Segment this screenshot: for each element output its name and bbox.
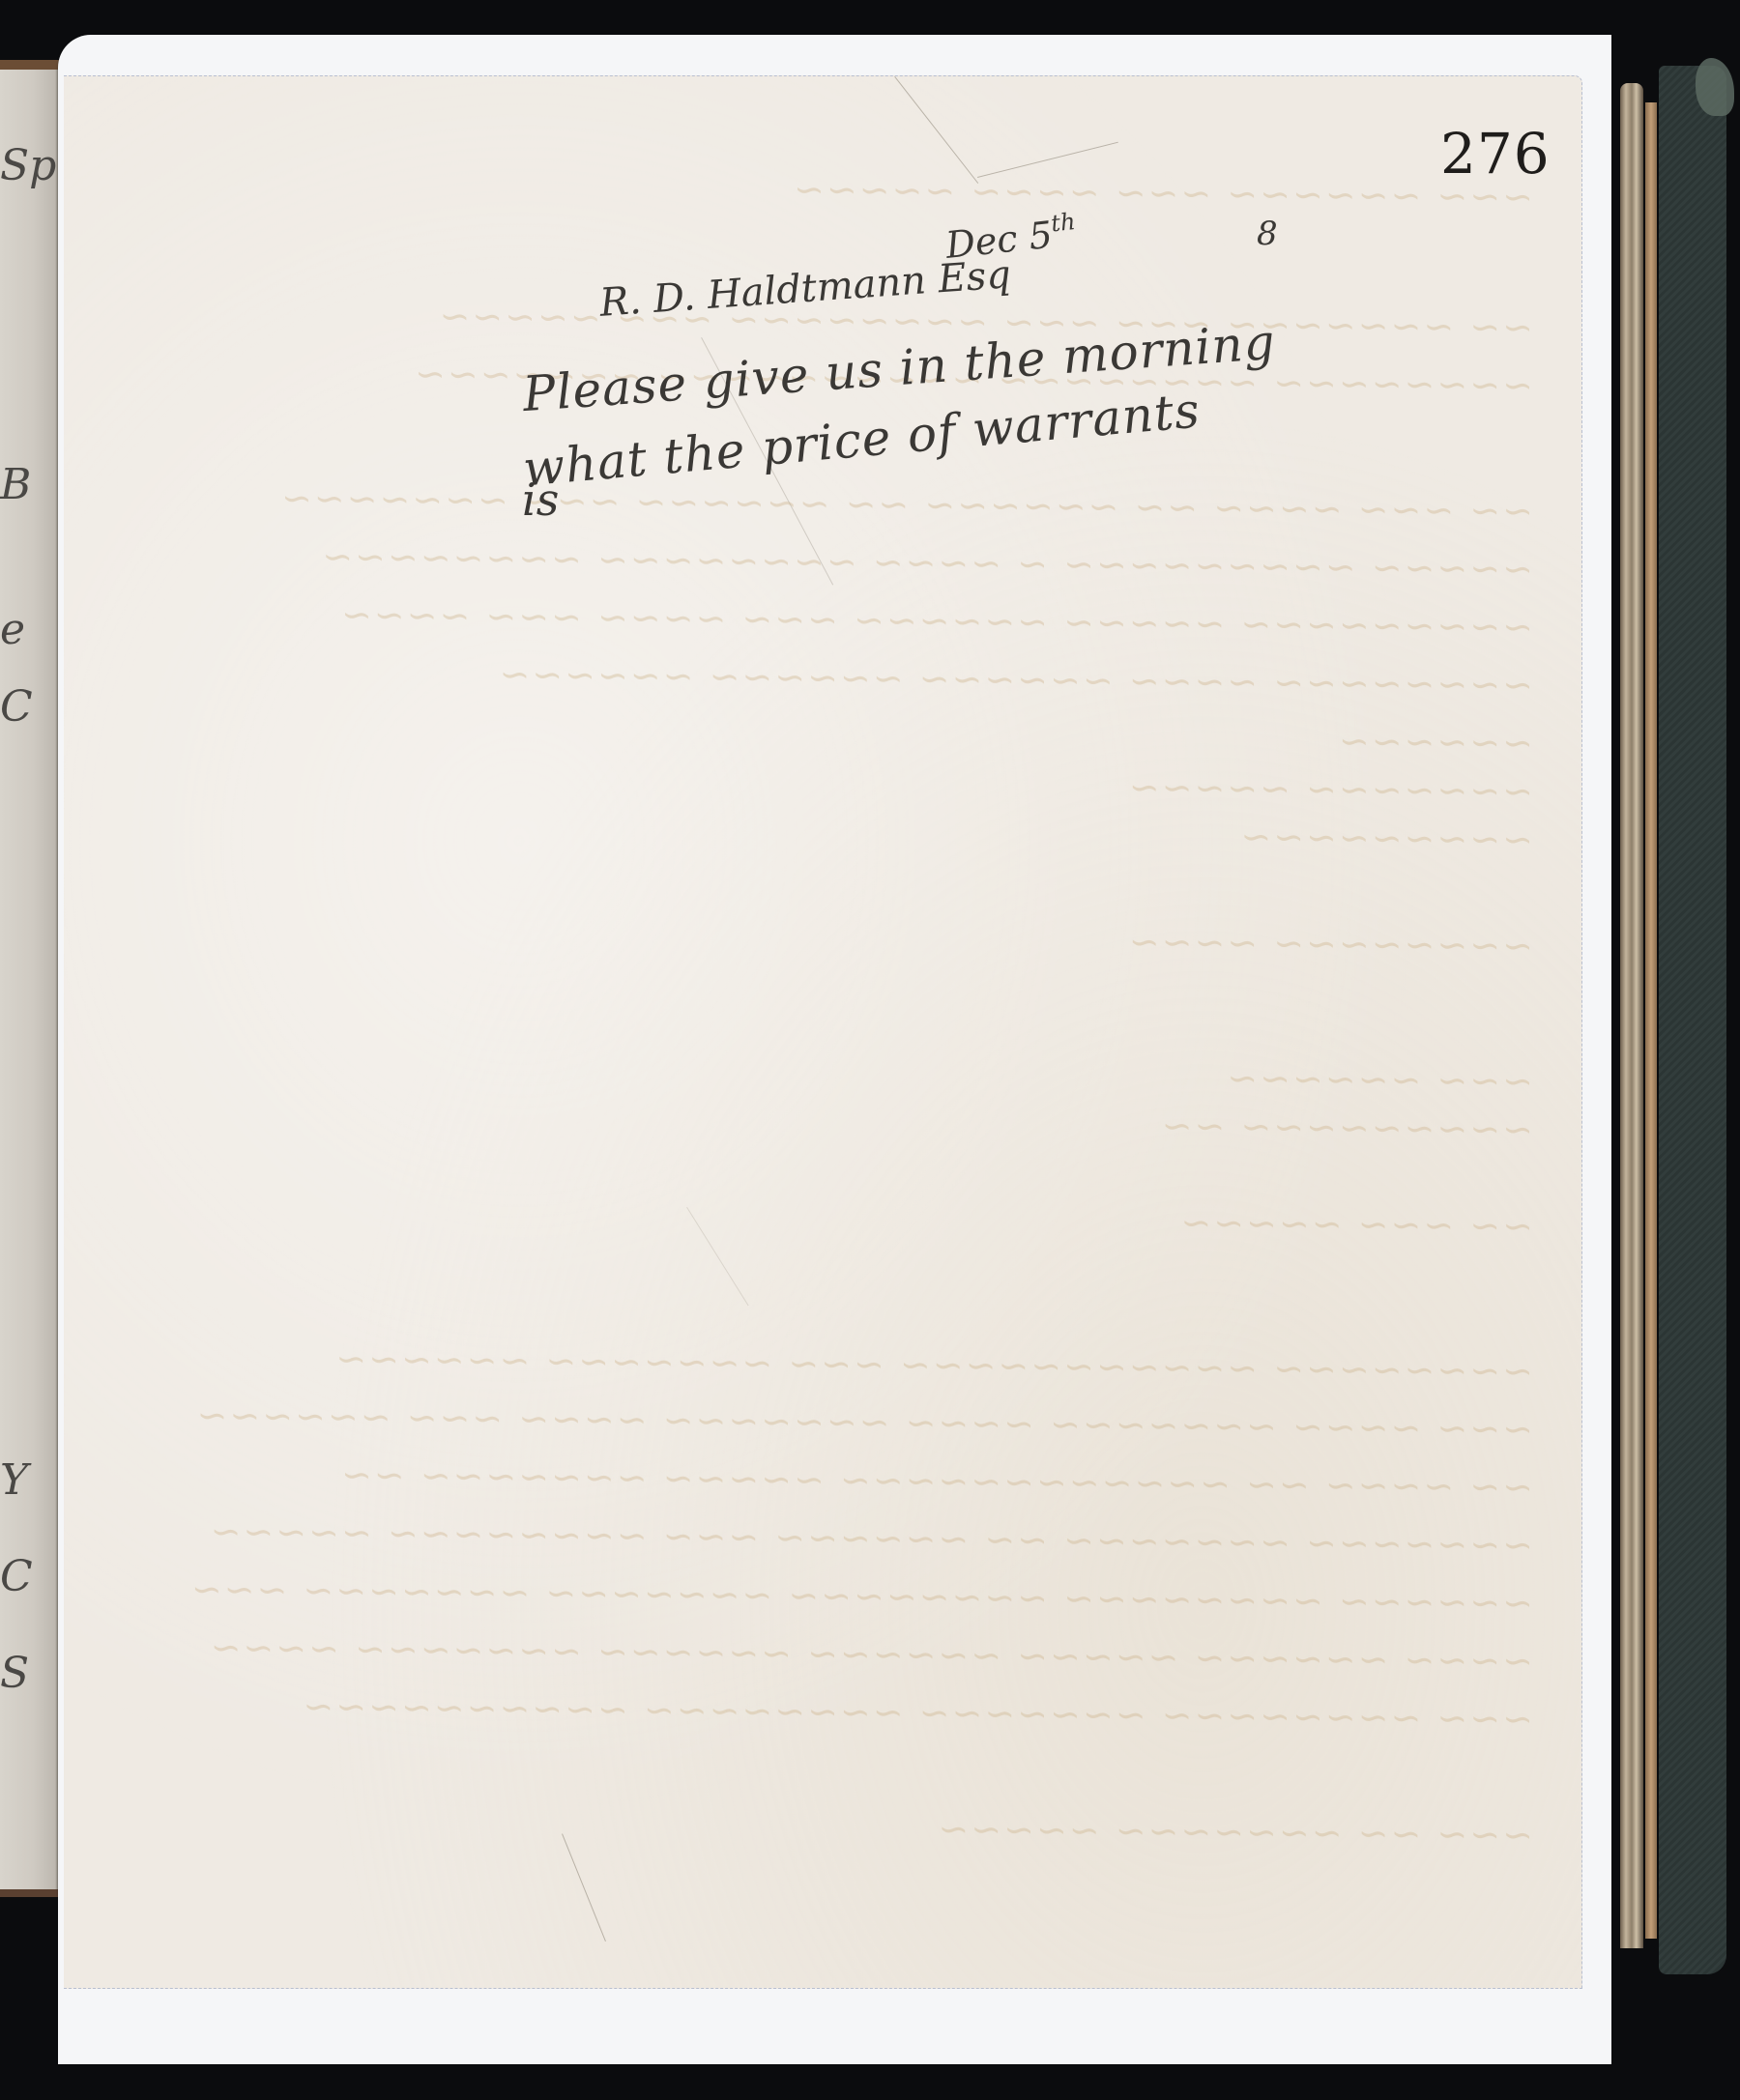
bleed-through-line: ~~ ~~~ ~~~~~ — [102, 1190, 1533, 1247]
left-page-fragment: S — [0, 1653, 39, 1695]
bleed-through-line: ~~~~~~~~~ ~~~~~ ~~~~~~ ~~~ ~~~~ ~~~ ~~~~ — [102, 590, 1533, 647]
bleed-through-line: ~~~~~~~~~ — [102, 803, 1533, 860]
bleed-through-line: ~~~~~~ — [102, 706, 1533, 763]
bleed-through-line: ~~~ ~~~~~~ ~~~ ~~~~ ~~~~~ — [102, 160, 1533, 217]
bleed-through-line: ~~~~~~~~ ~~~~ — [102, 909, 1533, 966]
letter-body-line: is — [522, 474, 559, 526]
left-facing-page: Sp B e C Y C S — [0, 68, 60, 1897]
letter-date-suffix: th — [1050, 208, 1077, 237]
left-page-fragment: B — [0, 464, 39, 506]
bleed-through-line: ~~~~~~~~ ~~~~~~~~~~~ ~~~ ~~~~~~~ ~~~~~~ — [102, 1335, 1533, 1392]
bleed-through-line: ~~ ~~~~ ~~ ~~~~~~~~~~~~ ~~~~~ ~~~~~~~ ~~ — [102, 1451, 1533, 1508]
left-page-fragment: Y — [0, 1459, 39, 1502]
bleed-through-line: ~~~~~~~ ~~~~~~~ ~~ ~~~~~~ ~~~ ~~~~~~~~ ~… — [102, 1509, 1533, 1566]
folio-number: 276 — [1440, 121, 1551, 187]
bleed-through-line: ~~~~~~ ~~~~~~~~ ~~~~~~~~ ~~~~~~~ ~~~~~~~… — [102, 1567, 1533, 1624]
bleed-through-line: ~~~ ~~ ~~~~~~~ ~~~~~ — [102, 1798, 1533, 1855]
scanned-manuscript: Sp B e C Y C S ~~~ ~~~~~~ ~~~ ~~~~ ~~~~~… — [0, 0, 1740, 2100]
left-page-fragment: e — [0, 609, 39, 651]
bleed-through-line: ~~ ~~~ ~~~~ ~~ ~~~~~~ ~~ ~~~~~~ ~~~ ~~~~… — [102, 475, 1533, 532]
bleed-through-line: ~~~~~~~ ~~~~~ — [102, 755, 1533, 812]
left-page-fragment: C — [0, 1556, 39, 1598]
page-corner-edge — [0, 60, 60, 70]
page-block-edge — [1620, 83, 1643, 1948]
bleed-through-line: ~~~~~~~~ ~~~~ ~~~~~~ ~~~~~~ ~~~~~~ — [102, 648, 1533, 705]
bleed-through-line: ~~~ ~~~~~~ — [102, 1045, 1533, 1102]
left-page-fragment: C — [0, 686, 39, 729]
letter-year-fragment: 8 — [1257, 215, 1278, 253]
book-binding — [1620, 81, 1736, 1966]
board-edge — [1645, 102, 1657, 1939]
left-page-fragment: Sp — [0, 145, 39, 187]
binding-cloth — [1659, 66, 1726, 1974]
paper-crease — [894, 76, 978, 184]
bleed-through-line: ~~~~~ ~~~~~~~~~ ~ ~~~~ ~~~~~~~~ ~~~~~~~~ — [102, 532, 1533, 590]
paper-crease — [562, 1833, 606, 1942]
bleed-through-line: ~~~~~~~~~ ~~ — [102, 1093, 1533, 1150]
bleed-through-line: ~~~~ ~~~~~~ ~~~~~ ~~~~~~ ~~~~~~ ~~~~~~~ … — [102, 1625, 1533, 1682]
bleed-through-line: ~~~ ~~~~~~~~ ~~~~~~~ ~~~~~~~~ ~~~~~~~~~~ — [102, 1683, 1533, 1740]
frayed-corner — [1696, 58, 1734, 116]
bleed-through-line: ~~~ ~~~~ ~~~~~~~ ~~~~ ~~~~~~~ ~~~~ ~~~ ~… — [102, 1393, 1533, 1450]
